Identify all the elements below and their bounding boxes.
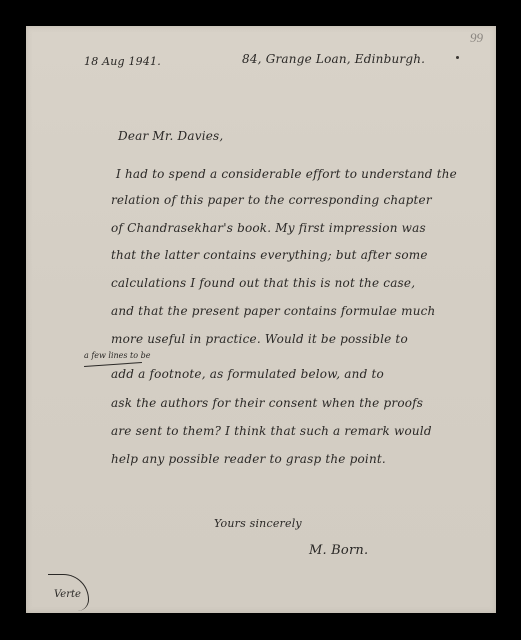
archive-number: 99 xyxy=(470,30,483,46)
body-line: ask the authors for their consent when t… xyxy=(111,396,423,410)
body-line: are sent to them? I think that such a re… xyxy=(111,424,432,438)
body-line: of Chandrasekhar's book. My first impres… xyxy=(111,221,426,235)
margin-note-bracket xyxy=(48,574,89,611)
letter-date: 18 Aug 1941. xyxy=(84,55,161,68)
body-line: and that the present paper contains form… xyxy=(111,304,435,318)
ink-dot xyxy=(456,56,459,59)
body-line: more useful in practice. Would it be pos… xyxy=(111,332,408,346)
sender-address: 84, Grange Loan, Edinburgh. xyxy=(242,52,425,66)
body-line: add a footnote, as formulated below, and… xyxy=(111,367,384,381)
salutation: Dear Mr. Davies, xyxy=(118,129,223,143)
insertion-text: a few lines to be xyxy=(84,351,150,360)
body-line: help any possible reader to grasp the po… xyxy=(111,452,386,466)
body-line: I had to spend a considerable effort to … xyxy=(116,167,457,181)
signature: M. Born. xyxy=(309,543,368,558)
letter-page: 99 18 Aug 1941. 84, Grange Loan, Edinbur… xyxy=(26,26,496,613)
body-line: that the latter contains everything; but… xyxy=(111,248,428,262)
body-line: calculations I found out that this is no… xyxy=(111,276,415,290)
closing: Yours sincerely xyxy=(214,517,302,530)
body-line: relation of this paper to the correspond… xyxy=(111,193,432,207)
